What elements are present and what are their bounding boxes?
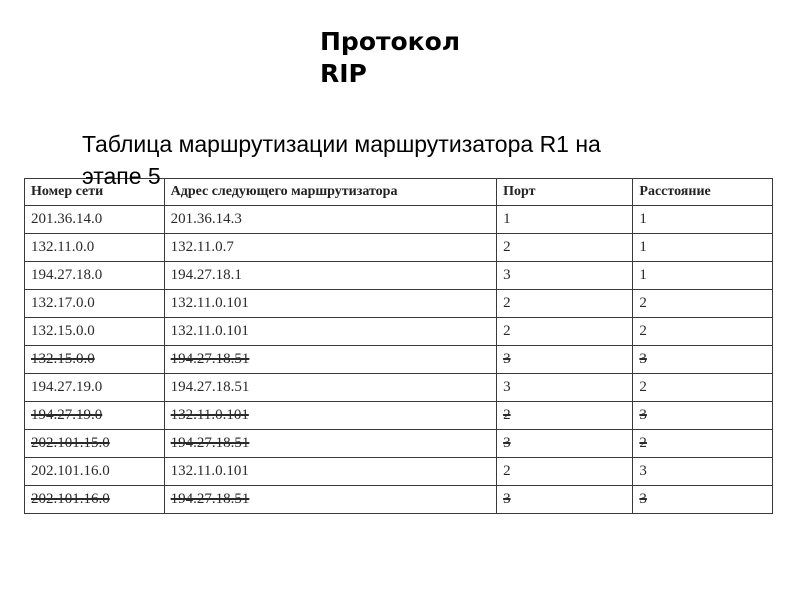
cell-port: 3 (497, 346, 633, 374)
cell-distance-text: 1 (639, 239, 647, 255)
cell-port-text: 2 (503, 407, 511, 423)
cell-distance-text: 3 (639, 491, 647, 507)
cell-distance-text: 3 (639, 463, 647, 479)
table-row-struck: 202.101.16.0194.27.18.5133 (25, 486, 773, 514)
cell-distance: 3 (633, 486, 773, 514)
cell-distance: 2 (633, 318, 773, 346)
table-row: 202.101.16.0132.11.0.10123 (25, 458, 773, 486)
cell-port-text: 3 (503, 379, 511, 395)
cell-network-text: 132.11.0.0 (31, 239, 94, 255)
cell-next-hop: 194.27.18.51 (164, 346, 496, 374)
cell-port-text: 3 (503, 267, 511, 283)
table-row-struck: 194.27.19.0132.11.0.10123 (25, 402, 773, 430)
slide-title: Протокол RIP (320, 26, 460, 90)
cell-network-text: 132.15.0.0 (31, 323, 95, 339)
cell-network-text: 202.101.16.0 (31, 463, 110, 479)
cell-next-hop: 132.11.0.101 (164, 290, 496, 318)
cell-distance: 3 (633, 402, 773, 430)
cell-next-hop: 194.27.18.1 (164, 262, 496, 290)
cell-network-text: 194.27.19.0 (31, 407, 102, 423)
cell-network: 194.27.18.0 (25, 262, 165, 290)
cell-next-hop: 132.11.0.7 (164, 234, 496, 262)
table-row: 194.27.18.0194.27.18.131 (25, 262, 773, 290)
table-row-struck: 202.101.15.0194.27.18.5132 (25, 430, 773, 458)
cell-port: 2 (497, 234, 633, 262)
cell-network: 132.15.0.0 (25, 318, 165, 346)
cell-distance: 1 (633, 262, 773, 290)
table-row: 132.11.0.0132.11.0.721 (25, 234, 773, 262)
cell-network: 194.27.19.0 (25, 402, 165, 430)
cell-network: 132.15.0.0 (25, 346, 165, 374)
cell-port: 1 (497, 206, 633, 234)
cell-network-text: 132.15.0.0 (31, 351, 95, 367)
cell-network: 202.101.16.0 (25, 458, 165, 486)
cell-distance-text: 2 (639, 379, 647, 395)
cell-port-text: 2 (503, 239, 511, 255)
cell-network: 202.101.16.0 (25, 486, 165, 514)
cell-distance-text: 2 (639, 295, 647, 311)
cell-network: 194.27.19.0 (25, 374, 165, 402)
cell-network: 202.101.15.0 (25, 430, 165, 458)
cell-distance-text: 1 (639, 211, 647, 227)
cell-port: 3 (497, 486, 633, 514)
cell-network-text: 194.27.18.0 (31, 267, 102, 283)
cell-next-hop-text: 194.27.18.1 (171, 267, 242, 283)
cell-port-text: 2 (503, 295, 511, 311)
table-row: 132.15.0.0132.11.0.10122 (25, 318, 773, 346)
table-row-struck: 132.15.0.0194.27.18.5133 (25, 346, 773, 374)
cell-port-text: 1 (503, 211, 511, 227)
cell-network-text: 201.36.14.0 (31, 211, 102, 227)
cell-distance-text: 2 (639, 323, 647, 339)
cell-network-text: 194.27.19.0 (31, 379, 102, 395)
slide-title-line2: RIP (320, 58, 460, 90)
cell-distance: 1 (633, 206, 773, 234)
cell-next-hop: 194.27.18.51 (164, 374, 496, 402)
cell-distance: 2 (633, 430, 773, 458)
cell-network: 132.17.0.0 (25, 290, 165, 318)
cell-network: 132.11.0.0 (25, 234, 165, 262)
cell-next-hop-text: 194.27.18.51 (171, 435, 250, 451)
cell-distance: 1 (633, 234, 773, 262)
cell-next-hop-text: 132.11.0.7 (171, 239, 234, 255)
cell-port-text: 2 (503, 323, 511, 339)
cell-next-hop: 201.36.14.3 (164, 206, 496, 234)
cell-distance: 3 (633, 458, 773, 486)
routing-table-body: 201.36.14.0201.36.14.311132.11.0.0132.11… (25, 206, 773, 514)
cell-port: 2 (497, 458, 633, 486)
cell-next-hop-text: 132.11.0.101 (171, 295, 249, 311)
cell-distance: 2 (633, 374, 773, 402)
cell-next-hop: 194.27.18.51 (164, 486, 496, 514)
table-caption-line1: Таблица маршрутизации маршрутизатора R1 … (82, 128, 702, 160)
cell-next-hop: 132.11.0.101 (164, 458, 496, 486)
cell-next-hop-text: 132.11.0.101 (171, 323, 249, 339)
cell-next-hop: 132.11.0.101 (164, 402, 496, 430)
cell-network-text: 202.101.16.0 (31, 491, 110, 507)
cell-next-hop-text: 201.36.14.3 (171, 211, 242, 227)
cell-distance: 2 (633, 290, 773, 318)
cell-port-text: 3 (503, 351, 511, 367)
cell-distance-text: 1 (639, 267, 647, 283)
cell-next-hop-text: 132.11.0.101 (171, 463, 249, 479)
cell-port-text: 3 (503, 491, 511, 507)
slide-title-line1: Протокол (320, 26, 460, 58)
table-row: 201.36.14.0201.36.14.311 (25, 206, 773, 234)
table-row: 132.17.0.0132.11.0.10122 (25, 290, 773, 318)
cell-distance-text: 3 (639, 351, 647, 367)
table-caption: Таблица маршрутизации маршрутизатора R1 … (82, 128, 702, 192)
cell-next-hop: 132.11.0.101 (164, 318, 496, 346)
cell-distance-text: 2 (639, 435, 647, 451)
cell-network-text: 202.101.15.0 (31, 435, 110, 451)
cell-distance-text: 3 (639, 407, 647, 423)
cell-next-hop: 194.27.18.51 (164, 430, 496, 458)
cell-port: 3 (497, 374, 633, 402)
cell-port-text: 2 (503, 463, 511, 479)
cell-port: 3 (497, 430, 633, 458)
cell-next-hop-text: 194.27.18.51 (171, 491, 250, 507)
cell-distance: 3 (633, 346, 773, 374)
cell-port: 2 (497, 290, 633, 318)
cell-port: 2 (497, 402, 633, 430)
cell-port: 2 (497, 318, 633, 346)
cell-next-hop-text: 194.27.18.51 (171, 379, 250, 395)
cell-port: 3 (497, 262, 633, 290)
cell-network: 201.36.14.0 (25, 206, 165, 234)
cell-next-hop-text: 132.11.0.101 (171, 407, 249, 423)
table-row: 194.27.19.0194.27.18.5132 (25, 374, 773, 402)
cell-port-text: 3 (503, 435, 511, 451)
cell-next-hop-text: 194.27.18.51 (171, 351, 250, 367)
cell-network-text: 132.17.0.0 (31, 295, 95, 311)
routing-table: Номер сети Адрес следующего маршрутизато… (24, 178, 773, 514)
table-caption-line2: этапе 5 (82, 160, 702, 192)
